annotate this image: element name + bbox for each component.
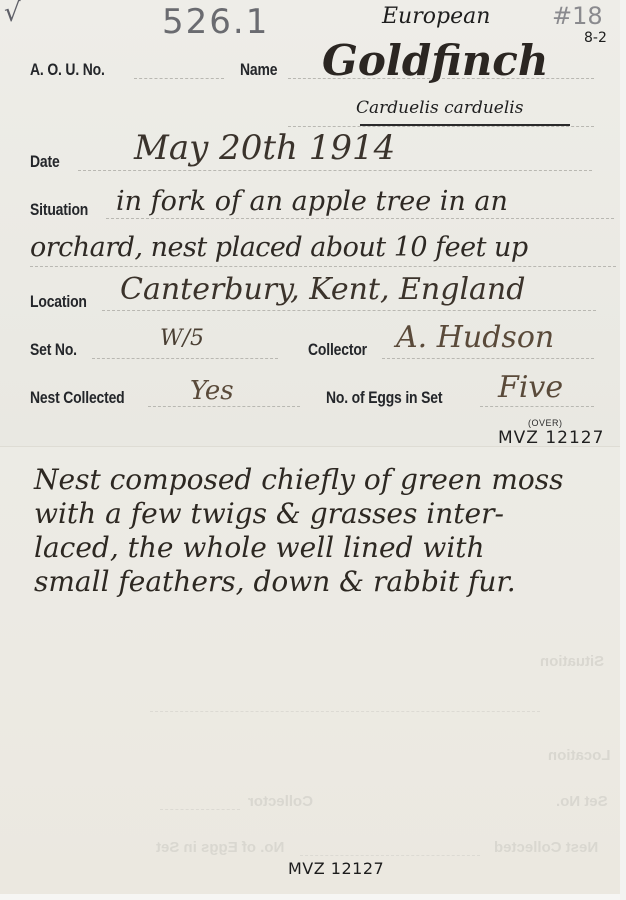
catalog-number-back: MVZ 12127 <box>288 859 384 878</box>
situation-label: Situation <box>30 200 88 220</box>
situation-line-1 <box>106 218 614 219</box>
aou-no-line <box>134 78 224 79</box>
nest-collected-line <box>148 406 300 407</box>
date-label: Date <box>30 152 60 172</box>
collector-line <box>382 358 594 359</box>
notes-line-3: laced, the whole well lined with <box>34 531 485 564</box>
location-label: Location <box>30 292 87 312</box>
situation-value-line-1: in fork of an apple tree in an <box>116 186 508 217</box>
name-label: Name <box>240 60 277 80</box>
show-through-set-no: Set No. <box>556 793 608 810</box>
name-value: Goldfinch <box>322 36 548 85</box>
location-line <box>102 310 596 311</box>
eggs-in-set-line <box>480 406 594 407</box>
name-prefix: European <box>382 4 490 29</box>
date-line <box>78 170 592 171</box>
show-through-line <box>160 809 240 810</box>
over-label: (OVER) <box>528 418 563 428</box>
scientific-name-underline <box>360 124 570 126</box>
show-through-situation: Situation <box>540 653 604 670</box>
date-value: May 20th 1914 <box>134 128 395 168</box>
check-mark: √ <box>4 0 21 28</box>
aou-number-handwritten: 526.1 <box>162 2 269 42</box>
scan-border-right <box>620 0 626 900</box>
show-through-nest-collected: Nest Collected <box>494 839 598 856</box>
scientific-name: Carduelis carduelis <box>356 98 523 118</box>
eggs-in-set-value: Five <box>498 370 563 405</box>
scientific-name-line <box>288 126 594 127</box>
show-through-eggs-in-set: No. of Eggs in Set <box>156 839 284 856</box>
collector-value: A. Hudson <box>396 320 554 355</box>
notes-line-1: Nest composed chiefly of green moss <box>34 463 564 496</box>
show-through-line <box>150 711 540 712</box>
set-no-value: W/5 <box>160 326 204 351</box>
situation-line-2 <box>30 266 616 267</box>
specimen-card-back: Situation Location Set No. Collector Nes… <box>0 446 626 895</box>
set-no-label: Set No. <box>30 340 77 360</box>
tray-code: 8-2 <box>584 30 607 46</box>
set-no-line <box>92 358 278 359</box>
show-through-line <box>300 855 480 856</box>
nest-collected-label: Nest Collected <box>30 388 125 408</box>
specimen-card-front: √ 526.1 European #18 8-2 A. O. U. No. Na… <box>0 0 626 446</box>
location-value: Canterbury, Kent, England <box>120 272 525 307</box>
eggs-in-set-label: No. of Eggs in Set <box>326 388 442 408</box>
show-through-collector: Collector <box>248 793 313 810</box>
situation-value-line-2: orchard, nest placed about 10 feet up <box>30 232 528 263</box>
card-number: #18 <box>552 2 603 30</box>
notes-line-2: with a few twigs & grasses inter- <box>34 497 504 530</box>
catalog-number-front: MVZ 12127 <box>498 428 604 448</box>
scan-border-bottom <box>0 894 626 900</box>
notes-line-4: small feathers, down & rabbit fur. <box>34 565 516 598</box>
aou-no-label: A. O. U. No. <box>30 60 105 80</box>
collector-label: Collector <box>308 340 367 360</box>
show-through-location: Location <box>548 747 611 764</box>
nest-collected-value: Yes <box>190 376 234 406</box>
